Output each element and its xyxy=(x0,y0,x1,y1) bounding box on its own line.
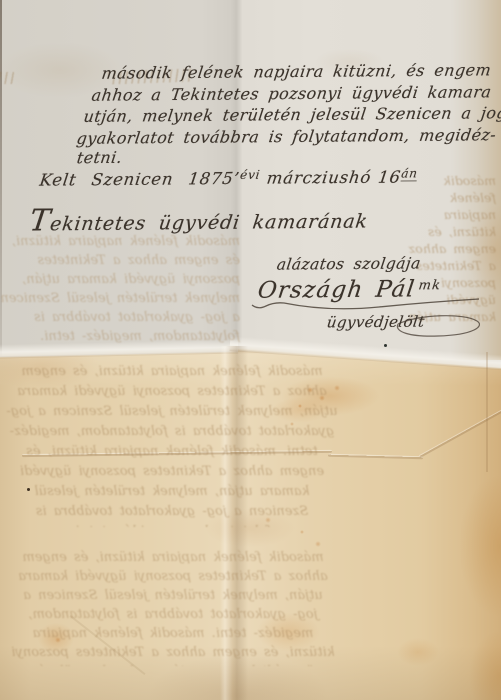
bleedthrough-text: második felének napjaira kitüzni, és eng… xyxy=(8,548,338,666)
bleedthrough-hatch-marks xyxy=(0,72,14,84)
signature-title: ügyvédjelölt xyxy=(326,313,426,332)
dateline-year-suffix: évi xyxy=(239,168,261,182)
letter-closing: alázatos szolgája xyxy=(276,254,422,273)
letter-body-line-2: ahhoz a Tekintetes pozsonyi ügyvédi kama… xyxy=(91,82,493,104)
paper-crease-vertical xyxy=(486,352,488,472)
dateline-day: 16 xyxy=(377,167,402,186)
dateline-day-suffix: án xyxy=(400,166,418,181)
signature-mk-mark: mk xyxy=(418,278,443,293)
letter-body-line-4: gyakorlatot továbbra is folytatandom, me… xyxy=(75,125,497,148)
dateline-month: márcziushó xyxy=(266,168,373,188)
bleedthrough-text: második felének napjaira kitüzni, és eng… xyxy=(0,232,240,348)
letter-body-line-1: második felének napjaira kitüzni, és eng… xyxy=(101,60,493,82)
letter-photograph: második felének napjaira kitüzni, és eng… xyxy=(0,0,501,700)
letter-body-line-5: tetni. xyxy=(76,148,124,167)
letter-body-line-3: utján, melynek területén jelesül Szenice… xyxy=(82,103,501,126)
letter-dateline: Kelt Szenicen 1875’évimárcziushó16án xyxy=(38,166,418,189)
bleedthrough-text: második felének napjaira kitüzni, és eng… xyxy=(2,362,342,527)
letter-salutation: Tekintetes ügyvédi kamarának xyxy=(27,201,370,239)
dateline-place-year: Kelt Szenicen 1875’ xyxy=(38,169,241,190)
ink-speck xyxy=(384,344,387,347)
